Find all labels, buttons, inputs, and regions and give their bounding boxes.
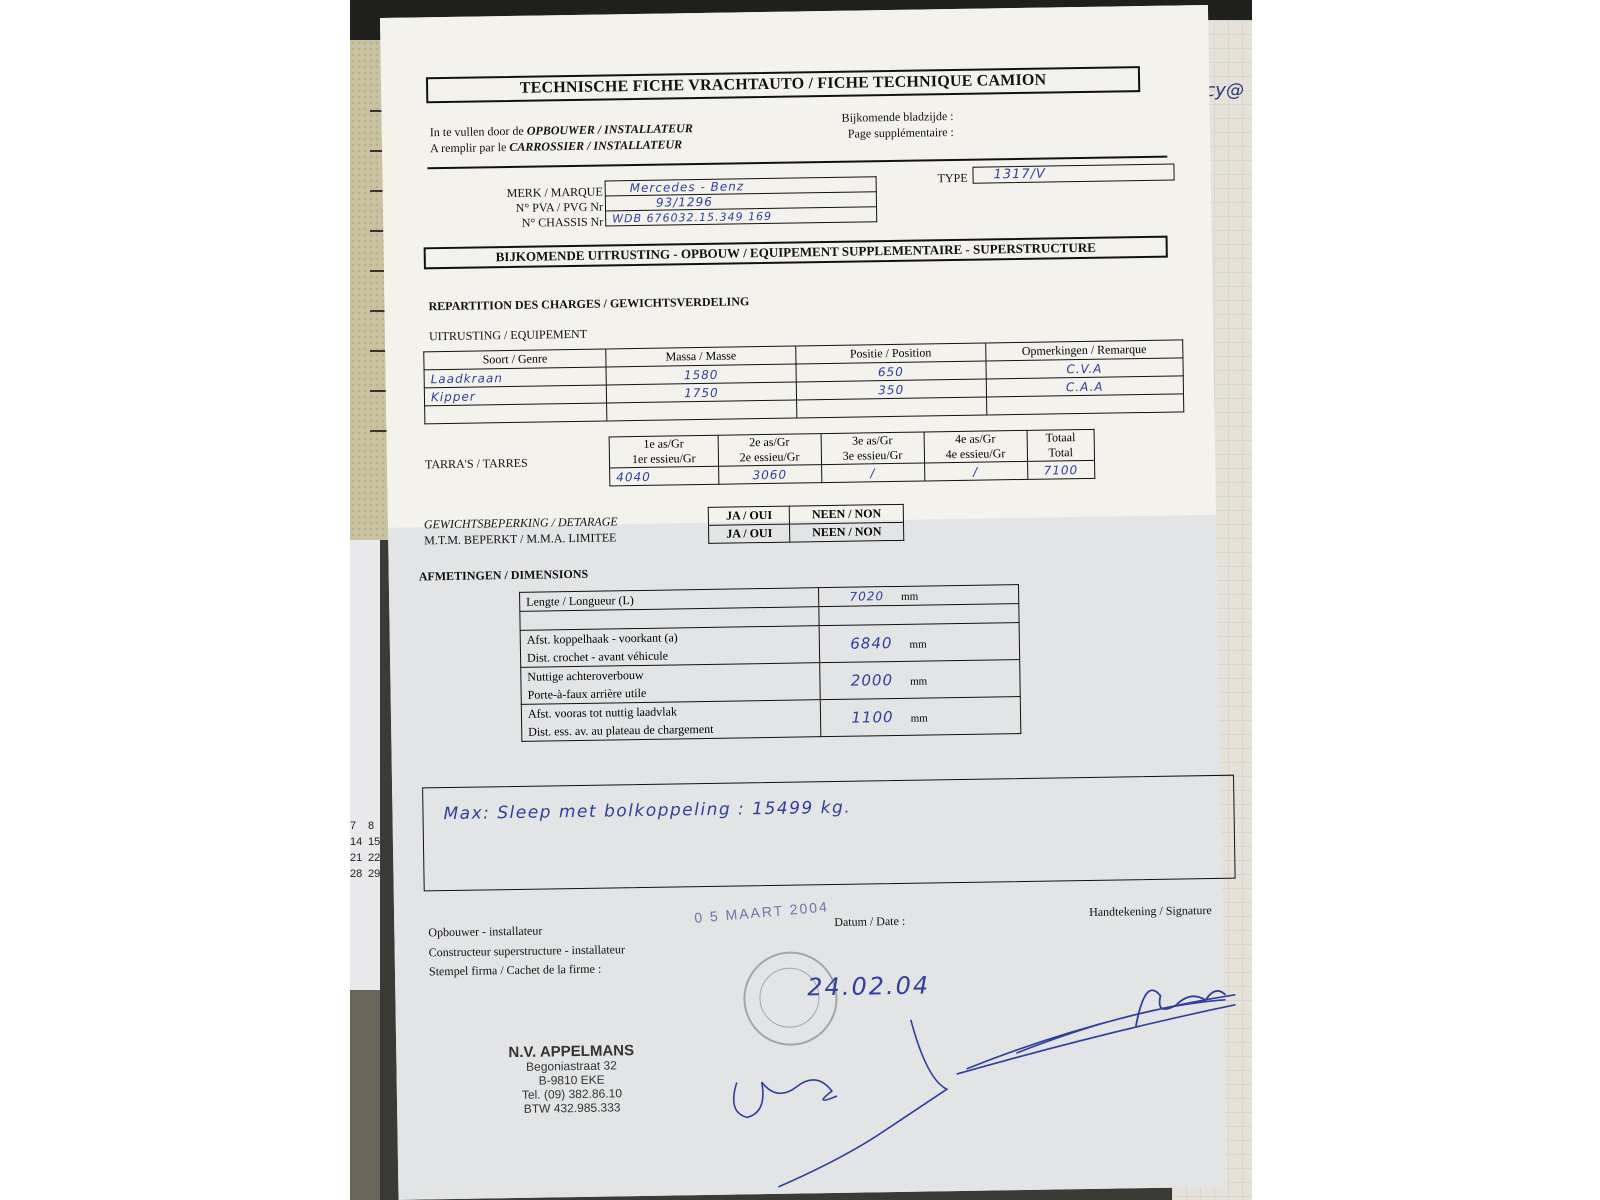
no-option-1[interactable]: NEEN / NON bbox=[790, 504, 904, 524]
equipment-table: Soort / Genre Massa / Masse Positie / Po… bbox=[423, 339, 1184, 424]
stamp-label: Stempel firma / Cachet de la firme : bbox=[429, 962, 601, 980]
dimensions-table: Lengte / Longueur (L) 7020 mm Afst. kopp… bbox=[519, 584, 1021, 742]
type-label: TYPE bbox=[937, 171, 967, 186]
dimension-row: Afst. vooras tot nuttig laadvlakDist. es… bbox=[521, 697, 1021, 742]
installer-nl: Opbouwer - installateur bbox=[428, 924, 542, 941]
yes-option-2[interactable]: JA / OUI bbox=[709, 524, 791, 543]
signatures bbox=[715, 955, 1239, 1193]
desk-background bbox=[350, 990, 380, 1200]
vehicle-id-box: Mercedes - Benz 93/1296 WDB 676032.15.34… bbox=[605, 176, 878, 226]
signature-label: Handtekening / Signature bbox=[1089, 903, 1212, 920]
chassis-label: N° CHASSIS Nr bbox=[483, 215, 603, 232]
tare-table: 1e as/Gr1er essieu/Gr 2e as/Gr2e essieu/… bbox=[609, 429, 1096, 487]
dimensions-heading: AFMETINGEN / DIMENSIONS bbox=[419, 567, 589, 585]
remarks-box: Max: Sleep met bolkoppeling : 15499 kg. bbox=[422, 775, 1236, 892]
date-label: Datum / Date : bbox=[834, 914, 905, 930]
tare-label: TARRA'S / TARRES bbox=[425, 456, 528, 473]
remarks-text: Max: Sleep met bolkoppeling : 15499 kg. bbox=[443, 798, 851, 824]
extra-page-fr: Page supplémentaire : bbox=[848, 125, 954, 142]
extra-page-nl: Bijkomende bladzijde : bbox=[842, 109, 954, 126]
photo-frame: 7 8 14 15 21 22 28 29 ncy@ TECHNISCHE FI… bbox=[350, 0, 1252, 1200]
installer-fr: Constructeur superstructure - installate… bbox=[429, 942, 625, 960]
technical-sheet: TECHNISCHE FICHE VRACHTAUTO / FICHE TECH… bbox=[380, 5, 1226, 1200]
calendar-background: 7 8 14 15 21 22 28 29 bbox=[350, 540, 380, 990]
company-stamp: N.V. APPELMANS Begoniastraat 32 B-9810 E… bbox=[496, 1044, 647, 1116]
type-value: 1317/V bbox=[972, 164, 1174, 184]
weight-limit-table: JA / OUINEEN / NON JA / OUINEEN / NON bbox=[708, 504, 905, 544]
weight-limit-label-1: GEWICHTSBEPERKING / DETARAGE bbox=[424, 514, 618, 532]
no-option-2[interactable]: NEEN / NON bbox=[790, 522, 904, 542]
weight-limit-label-2: M.T.M. BEPERKT / M.M.A. LIMITEE bbox=[424, 530, 616, 548]
yes-option-1[interactable]: JA / OUI bbox=[708, 506, 790, 525]
equipment-heading: UITRUSTING / EQUIPEMENT bbox=[429, 327, 587, 344]
